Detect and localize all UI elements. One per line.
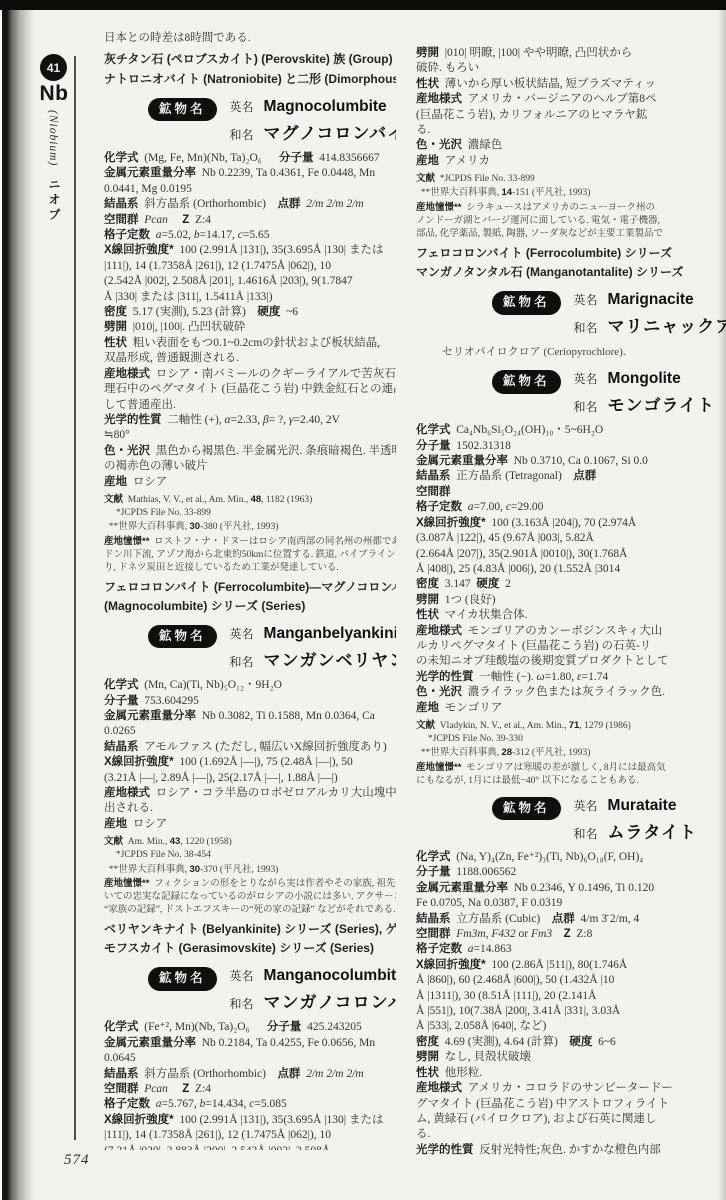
text: 日本との時差は8時間である. [104, 32, 251, 44]
italic-text: Fm3m [456, 928, 485, 940]
text: る. [416, 124, 430, 136]
field-label: X線回折強度* [416, 959, 486, 971]
text: Å |551|), 10(7.38Å |200|, 3.41Å |331|, 3… [416, 1005, 620, 1017]
field-label: 劈開 [104, 321, 127, 333]
mineral-japanese-name: マグノコロンバイト [264, 119, 396, 144]
text-line: 産地様式 ロシア・コラ半島のロボゼロアルカリ大山塊中で見 [104, 786, 396, 801]
mineral-name-row: 英名Magnocolumbite [230, 98, 396, 116]
text-line: 文献 Vladykin, N. V., et al., Am. Min., 71… [416, 719, 726, 733]
text-block: ベリヤンキナイト (Belyankinite) シリーズ (Series), ゲ… [104, 920, 396, 958]
text-line: Å |551|), 10(7.38Å |200|, 3.41Å |331|, 3… [416, 1004, 726, 1019]
field-label: 性状 [416, 78, 439, 90]
text-line: 文献 *JCPDS File No. 33-899 [416, 172, 726, 186]
text: フェロコロンバイト (Ferrocolumbite)―マグノコロンバイト [104, 580, 396, 594]
text-line: 金属元素重量分率 Nb 0.2239, Ta 0.4361, Fe 0.0448… [104, 166, 396, 181]
text-line: 密度 4.69 (実測), 4.64 (計算) 硬度 6~6 [416, 1035, 726, 1050]
text-line: *JCPDS File No. 33-899 [104, 507, 396, 520]
text: モンゴリアは寒暖の差が激しく, 8月には最高気 [461, 763, 665, 773]
scan-right-edge [718, 0, 726, 1200]
sidebar-divider [74, 56, 76, 1140]
text: 100 (1.692Å |—|), 75 (2.48Å |—|), 50 [174, 756, 353, 768]
field-label: 格子定数 [104, 229, 150, 241]
text-line: 劈開 なし, 貝殻状破壊 [416, 1050, 726, 1065]
mineral-names: 英名Magnocolumbite和名マグノコロンバイト [230, 98, 396, 144]
field-label: 劈開 [416, 594, 439, 606]
text-line: る. [416, 1127, 726, 1142]
text: Mathias, V. V., et al., Am. Min., [123, 495, 251, 505]
field-label: 化学式 [104, 679, 139, 691]
text-line: ベリヤンキナイト (Belyankinite) シリーズ (Series), ゲ… [104, 920, 396, 939]
mineral-entry-header: 鉱物名英名Marignacite和名マリニャックアイ [492, 291, 726, 337]
text-line: モフスカイト (Gerasimovskite) シリーズ (Series) [104, 939, 396, 958]
text: 双晶形成, 普通観測される. [104, 352, 239, 364]
field-label: 産地様式 [416, 93, 462, 105]
field-label: 密度 [416, 1036, 439, 1048]
text: 薄いから厚い板状結晶, 短プラズマティッ [439, 78, 656, 90]
text-line: る. [416, 123, 726, 138]
text: |010|, |100|. 凸凹状破砕 [127, 321, 245, 333]
text: 斜方晶系 (Orthorhombic) [139, 1068, 278, 1080]
field-label: 産地憧憬** [104, 878, 149, 889]
mineral-name-row: 和名モンゴライト [574, 391, 716, 416]
text-block: フェロコロンバイト (Ferrocolumbite) シリーズマンガノタンタル石… [416, 244, 726, 282]
field-label: 14 [502, 187, 513, 198]
text: Z:8 [571, 928, 593, 940]
text: 立方晶系 (Cubic) [451, 913, 552, 925]
mineral-names: 英名Murataite和名ムラタイト [574, 797, 698, 843]
text-line: 空間群 Pcan Z Z:4 [104, 213, 396, 228]
text-line: |111|), 14 (1.7358Å |261|), 12 (1.7475Å … [104, 259, 396, 274]
text: (Magnocolumbite) シリーズ (Series) [104, 599, 305, 613]
mineral-names: 英名Manganbelyankinite和名マンガンベリヤンキナイト [230, 625, 396, 671]
italic-text: Pcan [144, 214, 168, 226]
text-line: |111|), 14 (1.7358Å |261|), 12 (1.7475Å … [104, 1128, 396, 1143]
text: の未知ニオブ珪酸塩の後期変質プロダクトとして [416, 655, 669, 667]
text-line: **世界大百科事典, 14-151 (平凡社, 1993) [416, 186, 726, 200]
field-label: 産地 [104, 818, 127, 830]
text-line: X線回折強度* 100 (2.991Å |131|), 35(3.695Å |1… [104, 243, 396, 258]
text: 0.0265 [104, 725, 136, 737]
text-line: (3.21Å |—|, 2.89Å |—|), 25(2.17Å |—|, 1.… [104, 771, 396, 786]
text: **世界大百科事典, [104, 522, 190, 532]
text-line: 産地様式 アメリカ・コロラドのサンピータードー [416, 1081, 726, 1096]
field-label: 分子量 [416, 440, 451, 452]
text: =2.40, 2V [293, 414, 339, 426]
text: *JCPDS File No. 38-454 [104, 850, 211, 860]
text: =14.17, [200, 229, 238, 241]
text: 黒色から褐黒色. 半金属光沢. 条痕暗褐色. 半透明 [150, 445, 396, 457]
field-label: 空間群 [416, 486, 451, 498]
text-line: **世界大百科事典, 30-380 (平凡社, 1993) [104, 520, 396, 534]
text-line: 産地 ロシア [104, 817, 396, 832]
mineral-english-name: Manganbelyankinite [264, 625, 396, 643]
text [168, 214, 182, 226]
text: (Na, Y)₄(Zn, Fe⁺²)₃(Ti, Nb)₆O₁₈(F, OH)₄ [451, 851, 644, 863]
text: =1.80, [545, 671, 577, 683]
field-label: 色・光沢 [104, 445, 150, 457]
text: ロストフ・ナ・ドヌーはロシア南西部の同名州の州都である. [149, 537, 396, 547]
text-line: 双晶形成, 普通観測される. [104, 351, 396, 366]
element-number: 41 [47, 61, 60, 75]
text-line: ドン川下流, アゾフ海から北東約50kmに位置する. 鉄道, パイプラインが通 [104, 549, 396, 562]
text: Å |330| または |311|, 1.5411Å |133|) [104, 291, 273, 303]
text-line: 灰チタン石 (ペロブスカイト) (Perovskite) 族 (Group) [104, 49, 396, 69]
text: =5.02, [162, 229, 194, 241]
field-label: 空間群 [416, 928, 451, 940]
text-line: ルカリペグマタイト (巨晶花こう岩) の石英-リ [416, 639, 726, 654]
text: 正方晶系 (Tetragonal) [451, 470, 574, 482]
mineral-name-row: 英名Murataite [574, 797, 698, 815]
text-line: “家族の記録”, ドストエフスキーの“死の家の記録” などがそれである. [104, 904, 396, 917]
text: |010| 明瞭, |100| やや明瞭, 凸凹状から [439, 47, 632, 59]
mineral-japanese-name: モンゴライト [608, 391, 716, 416]
page: 41 Nb (Niobium) ニオブ 日本との時差は8時間である.灰チタン石 … [0, 0, 726, 1200]
text-line: (巨晶花こう岩), カリフォルニアのヒマラヤ鉱 [416, 108, 726, 123]
text-line: 結晶系 立方晶系 (Cubic) 点群 4/m 3̄ 2/m, 4 [416, 912, 726, 927]
field-label: 産地様式 [104, 787, 150, 799]
field-label: 点群 [277, 198, 300, 210]
text-line: 化学式 (Mn, Ca)(Ti, Nb)₅O₁₂・9H₂O [104, 678, 396, 693]
text-line: 分子量 1502.31318 [416, 439, 726, 454]
text-line: ナトロニオバイト (Natroniobite) と二形 (Dimorphous) [104, 69, 396, 89]
text: =14.863 [474, 943, 512, 955]
italic-text: F432 [491, 928, 515, 940]
mineral-japanese-name: マンガンベリヤンキナイト [264, 646, 396, 671]
text: 6~6 [592, 1036, 615, 1048]
text-line: 空間群 Fm3m, F432 or Fm3 Z Z:8 [416, 927, 726, 942]
text: Nb 0.3082, Ti 0.1588, Mn 0.0364, Ca [196, 710, 375, 722]
text-line: 結晶系 斜方晶系 (Orthorhombic) 点群 2/m 2/m 2/m [104, 197, 396, 212]
field-label: 産地様式 [416, 1082, 462, 1094]
text: マイカ状集合体. [439, 609, 528, 621]
name-language-label: 英名 [574, 370, 598, 387]
text: ドン川下流, アゾフ海から北東約50kmに位置する. 鉄道, パイプラインが通 [104, 550, 396, 560]
text: 一軸性 (−). [474, 671, 537, 683]
text: **世界大百科事典, [416, 748, 502, 758]
text: アメリカ・コロラドのサンピータードー [462, 1082, 673, 1094]
text: Å |860|), 60 (2.468Å |600|), 50 (1.432Å … [416, 974, 614, 986]
field-label: 化学式 [416, 424, 451, 436]
text: 4.69 (実測), 4.64 (計算) [439, 1036, 569, 1048]
field-label: 硬度 [476, 578, 499, 590]
text: 反射光特性;灰色. かすかな橙色内部 [474, 1144, 661, 1156]
text-line: *JCPDS File No. 39-330 [416, 733, 726, 746]
italic-text: 2/m 2/m 2/m [306, 198, 364, 210]
mineral-name-row: 和名マンガノコロンバイト [230, 988, 396, 1013]
element-symbol: Nb [36, 82, 72, 106]
italic-text: ω [537, 671, 545, 683]
text-line: の未知ニオブ珪酸塩の後期変質プロダクトとして [416, 654, 726, 669]
text-line: Å |533|, 2.058Å |640|, など) [416, 1019, 726, 1034]
field-label: X線回折強度* [104, 244, 174, 256]
name-language-label: 和名 [574, 825, 598, 842]
text: モフスカイト (Gerasimovskite) シリーズ (Series) [104, 941, 374, 955]
mineral-name-badge: 鉱物名 [492, 370, 561, 393]
text: 414.8356667 [314, 152, 380, 164]
field-label: 分子量 [104, 695, 139, 707]
field-label: 産地憧憬** [416, 762, 461, 773]
text-line: 産地様式 アメリカ・バージニアのヘルブ第8ペ [416, 92, 726, 107]
mineral-name-row: 英名Manganbelyankinite [230, 625, 396, 643]
text-line: 0.0441, Mg 0.0195 [104, 182, 396, 197]
text-line: Å |330| または |311|, 1.5411Å |133|) [104, 290, 396, 305]
scan-left-binding-edge [0, 0, 34, 1200]
mineral-name-badge: 鉱物名 [492, 797, 561, 820]
field-label: 結晶系 [416, 470, 451, 482]
field-label: 金属元素重量分率 [416, 882, 508, 894]
text: =2.33, [231, 414, 263, 426]
text-block: 化学式 (Mn, Ca)(Ti, Nb)₅O₁₂・9H₂O分子量 753.604… [104, 678, 396, 832]
field-label: 空間群 [104, 1083, 139, 1095]
text: ロシア [127, 476, 167, 488]
text: 斜方晶系 (Orthorhombic) [139, 198, 278, 210]
text-line: 産地 ロシア [104, 475, 396, 490]
text-line: 劈開 |010| 明瞭, |100| やや明瞭, 凸凹状から [416, 46, 726, 61]
text: , 1279 (1986) [579, 721, 630, 731]
text-line: 産地様式 モンゴリアのカンーボジンスキィ大山 [416, 624, 726, 639]
mineral-name-row: 和名マグノコロンバイト [230, 119, 396, 144]
text-line: 格子定数 a=5.767, b=14.434, c=5.085 [104, 1097, 396, 1112]
text-line: (2.542Å |002|, 2.508Å |201|, 1.4616Å |20… [104, 274, 396, 289]
field-label: 産地様式 [416, 625, 462, 637]
text: *JCPDS File No. 33-899 [104, 508, 211, 518]
text: **世界大百科事典, [104, 865, 190, 875]
mineral-japanese-name: マンガノコロンバイト [264, 988, 396, 1013]
italic-text: Fm3 [531, 928, 552, 940]
mineral-names: 英名Marignacite和名マリニャックアイ [574, 291, 726, 337]
field-label: 文献 [416, 173, 435, 184]
text: グマタイト (巨晶花こう岩) 中アストロフィライト [416, 1098, 669, 1110]
text: , 1220 (1958) [180, 837, 231, 847]
field-label: X線回折強度* [104, 756, 174, 768]
text: 理石中のペグマタイト (巨晶花こう岩) 中鉄金紅石との連品と [104, 383, 396, 395]
text-line: 金属元素重量分率 Nb 0.2346, Y 0.1496, Ti 0.120 [416, 881, 726, 896]
text-line: セリオパイロクロア (Ceriopyrochlore). [442, 344, 726, 361]
text: 他形粒. [439, 1067, 482, 1079]
text-block: 文献 Am. Min., 43, 1220 (1958) *JCPDS File… [104, 835, 396, 917]
text-line: の褐赤色の薄い破片 [104, 459, 396, 474]
field-label: 産地様式 [104, 368, 150, 380]
field-label: 空間群 [104, 214, 139, 226]
text: 1188.006562 [451, 866, 517, 878]
text-block: 文献 Mathias, V. V., et al., Am. Min., 48,… [104, 493, 396, 575]
text-block: 化学式 Ca₄Nb₆Si₅O₂₄(OH)₁₀・5~6H₂O分子量 1502.31… [416, 423, 726, 716]
text-line: 破砕. もろい [416, 61, 726, 76]
text-line: り, ドネツ炭田と近接しているため工業が発達している. [104, 562, 396, 575]
field-label: 化学式 [104, 1021, 139, 1033]
field-label: 色・光沢 [416, 686, 462, 698]
mineral-entry-header: 鉱物名英名Mongolite和名モンゴライト [492, 370, 726, 416]
mineral-name-row: 英名Mongolite [574, 370, 716, 388]
field-label: 金属元素重量分率 [416, 455, 508, 467]
field-label: 格子定数 [416, 943, 462, 955]
text-line: 産地憧憬** シラキュースはアメリカのニューヨーク州の [416, 201, 726, 215]
text-line: 性状 他形粒. [416, 1066, 726, 1081]
text-block: 劈開 |010| 明瞭, |100| やや明瞭, 凸凹状から破砕. もろい性状 … [416, 46, 726, 169]
text: *JCPDS File No. 33-899 [435, 174, 535, 184]
field-label: 金属元素重量分率 [104, 1037, 196, 1049]
field-label: 30 [190, 864, 201, 875]
text: ロシア・南バミールのクギーライアルで苦灰石質大 [150, 368, 396, 380]
text: Nb 0.2239, Ta 0.4361, Fe 0.0448, Mn [196, 167, 375, 179]
field-label: 産地 [104, 476, 127, 488]
text: Fe 0.0705, Na 0.0387, F 0.0319 [416, 897, 562, 909]
text: アメリカ・バージニアのヘルブ第8ペ [462, 93, 656, 105]
text: Å |533|, 2.058Å |640|, など) [416, 1020, 546, 1032]
text-block: 文献 *JCPDS File No. 33-899 **世界大百科事典, 14-… [416, 172, 726, 241]
field-label: 化学式 [104, 152, 139, 164]
text: ≒80° [104, 429, 130, 441]
mineral-japanese-name: ムラタイト [608, 818, 698, 843]
field-label: 格子定数 [104, 1098, 150, 1110]
field-label: X線回折強度* [104, 1114, 174, 1126]
text-line: Fe 0.0705, Na 0.0387, F 0.0319 [416, 896, 726, 911]
text: る. [416, 1128, 430, 1140]
text-line: 光学的性質 反射光特性;灰色. かすかな橙色内部 [416, 1143, 726, 1156]
text: Nb 0.2346, Y 0.1496, Ti 0.120 [508, 882, 654, 894]
text-line: 空間群 [416, 485, 726, 500]
mineral-name-badge: 鉱物名 [148, 967, 217, 990]
text-line: 出される. [104, 801, 396, 816]
field-label: 硬度 [257, 306, 280, 318]
text: *JCPDS File No. 39-330 [416, 734, 523, 744]
mineral-entry-header: 鉱物名英名Manganbelyankinite和名マンガンベリヤンキナイト [148, 625, 396, 671]
text-line: 化学式 (Mg, Fe, Mn)(Nb, Ta)₂O₆ 分子量 414.8356… [104, 151, 396, 166]
mineral-english-name: Magnocolumbite [264, 98, 387, 116]
field-label: 産地憧憬** [416, 202, 461, 213]
mineral-name-row: 英名Marignacite [574, 291, 726, 309]
scan-top-edge [0, 0, 726, 10]
text-line: 金属元素重量分率 Nb 0.2184, Ta 0.4255, Fe 0.0656… [104, 1036, 396, 1051]
field-label: 性状 [104, 337, 127, 349]
text: アモルファス (ただし, 幅広いX線回折強度あり) [139, 741, 387, 753]
text: |111|), 14 (1.7358Å |261|), 12 (1.7475Å … [104, 1129, 331, 1141]
text: |111|), 14 (1.7358Å |261|), 12 (1.7475Å … [104, 260, 331, 272]
name-language-label: 和名 [574, 398, 598, 415]
name-language-label: 英名 [230, 625, 254, 642]
text-block: 文献 Vladykin, N. V., et al., Am. Min., 71… [416, 719, 726, 788]
text: (Mg, Fe, Mn)(Nb, Ta)₂O₆ [139, 152, 280, 164]
field-label: 文献 [104, 494, 123, 505]
mineral-name-badge: 鉱物名 [492, 291, 561, 314]
text-line: 色・光沢 濃ライラック色または灰ライラック色. [416, 685, 726, 700]
mineral-entry-header: 鉱物名英名Murataite和名ムラタイト [492, 797, 726, 843]
name-language-label: 英名 [574, 291, 598, 308]
field-label: 産地 [416, 155, 439, 167]
field-label: 光学的性質 [416, 1144, 474, 1156]
field-label: 硬度 [569, 1036, 592, 1048]
text-block: 灰チタン石 (ペロブスカイト) (Perovskite) 族 (Group)ナト… [104, 49, 396, 89]
field-label: 金属元素重量分率 [104, 710, 196, 722]
text: モンゴリアのカンーボジンスキィ大山 [462, 625, 662, 637]
text-line: 光学的性質 一軸性 (−). ω=1.80, ε=1.74 [416, 670, 726, 685]
text: (Fe⁺², Mn)(Nb, Ta)₂O₆ [139, 1021, 267, 1033]
text: 3.147 [439, 578, 476, 590]
text-block: フェロコロンバイト (Ferrocolumbite)―マグノコロンバイト(Mag… [104, 578, 396, 616]
text: -380 (平凡社, 1993) [200, 522, 278, 532]
field-label: 化学式 [416, 851, 451, 863]
text-line: *JCPDS File No. 38-454 [104, 849, 396, 862]
text-line: X線回折強度* 100 (2.86Å |511|), 80(1.746Å [416, 958, 726, 973]
text: (巨晶花こう岩), カリフォルニアのヒマラヤ鉱 [416, 109, 647, 121]
name-language-label: 英名 [574, 797, 598, 814]
text: -370 (平凡社, 1993) [200, 865, 278, 875]
text: 100 (2.86Å |511|), 80(1.746Å [486, 959, 628, 971]
text: ロシア・コラ半島のロボゼロアルカリ大山塊中で見 [150, 787, 396, 799]
text-line: (2.664Å |207|), 35(2.901Å |0010|), 30(1.… [416, 547, 726, 562]
text: =5.085 [254, 1098, 286, 1110]
text-line: 文献 Am. Min., 43, 1220 (1958) [104, 835, 396, 849]
text-line: グマタイト (巨晶花こう岩) 中アストロフィライト [416, 1097, 726, 1112]
text: Am. Min., [123, 837, 170, 847]
field-label: Z [564, 928, 571, 940]
text-line: 産地憧憬** ロストフ・ナ・ドヌーはロシア南西部の同名州の州都である. [104, 535, 396, 549]
field-label: 28 [502, 747, 513, 758]
text: フェロコロンバイト (Ferrocolumbite) シリーズ [416, 246, 672, 260]
element-japanese-name: ニオブ [46, 178, 63, 223]
italic-text: Pcan [144, 1083, 168, 1095]
text: 1502.31318 [451, 440, 511, 452]
mineral-name-badge: 鉱物名 [148, 98, 217, 121]
text: 濃緑色 [462, 139, 502, 151]
text: り, ドネツ炭田と近接しているため工業が発達している. [104, 563, 339, 573]
text: ロシア [127, 818, 167, 830]
text: Å |1311|), 30 (8.51Å |111|), 20 (2.141Å [416, 990, 596, 1002]
text-line: X線回折強度* 100 (1.692Å |—|), 75 (2.48Å |—|)… [104, 755, 396, 770]
text-line: 文献 Mathias, V. V., et al., Am. Min., 48,… [104, 493, 396, 507]
text-line: 色・光沢 黒色から褐黒色. 半金属光沢. 条痕暗褐色. 半透明 [104, 444, 396, 459]
field-label: 産地憧憬** [104, 536, 149, 547]
field-label: 分子量 [416, 866, 451, 878]
text: =14.434, [205, 1098, 249, 1110]
text: ルカリペグマタイト (巨晶花こう岩) の石英-リ [416, 640, 651, 652]
mineral-english-name: Murataite [608, 797, 677, 815]
name-language-label: 和名 [574, 319, 598, 336]
text: 100 (3.163Å |204|), 70 (2.974Å [486, 517, 637, 529]
text-block: 化学式 (Na, Y)₄(Zn, Fe⁺²)₃(Ti, Nb)₆O₁₈(F, O… [416, 850, 726, 1156]
text-line: Å |1311|), 30 (8.51Å |111|), 20 (2.141Å [416, 989, 726, 1004]
text: 4/m 3̄ 2/m, 4 [575, 913, 640, 925]
text-line: 結晶系 アモルファス (ただし, 幅広いX線回折強度あり) [104, 740, 396, 755]
text: =5.767, [162, 1098, 200, 1110]
text-line: 劈開 1つ (良好) [416, 593, 726, 608]
text [552, 928, 564, 940]
field-label: 結晶系 [104, 198, 139, 210]
text: 2 [499, 578, 511, 590]
text: Vladykin, N. V., et al., Am. Min., [435, 721, 569, 731]
text [168, 1083, 182, 1095]
text: なし, 貝殻状破壊 [439, 1051, 531, 1063]
field-label: 点群 [552, 913, 575, 925]
field-label: 分子量 [279, 152, 314, 164]
text: 100 (2.991Å |131|), 35(3.695Å |130| または [174, 1114, 384, 1126]
text-line: 分子量 1188.006562 [416, 865, 726, 880]
field-label: 文献 [416, 720, 435, 731]
left-column: 日本との時差は8時間である.灰チタン石 (ペロブスカイト) (Perovskit… [104, 30, 396, 1150]
field-label: 性状 [416, 1067, 439, 1079]
name-language-label: 和名 [230, 995, 254, 1012]
field-label: 産地 [416, 702, 439, 714]
text: 粗い表面をもつ0.1~0.2cmの針状および板状結晶, [127, 337, 380, 349]
text: モンゴリア [439, 702, 502, 714]
text: 濃ライラック色または灰ライラック色. [462, 686, 665, 698]
mineral-english-name: Manganocolumbite [264, 967, 396, 985]
text: “家族の記録”, ドストエフスキーの“死の家の記録” などがそれである. [104, 905, 396, 915]
text: or [516, 928, 531, 940]
text: (7.21Å |020|, 2.883Å |200|, 2.542Å |002|… [104, 1145, 330, 1150]
field-label: 密度 [104, 306, 127, 318]
text: 灰チタン石 (ペロブスカイト) (Perovskite) 族 (Group) [104, 52, 393, 66]
